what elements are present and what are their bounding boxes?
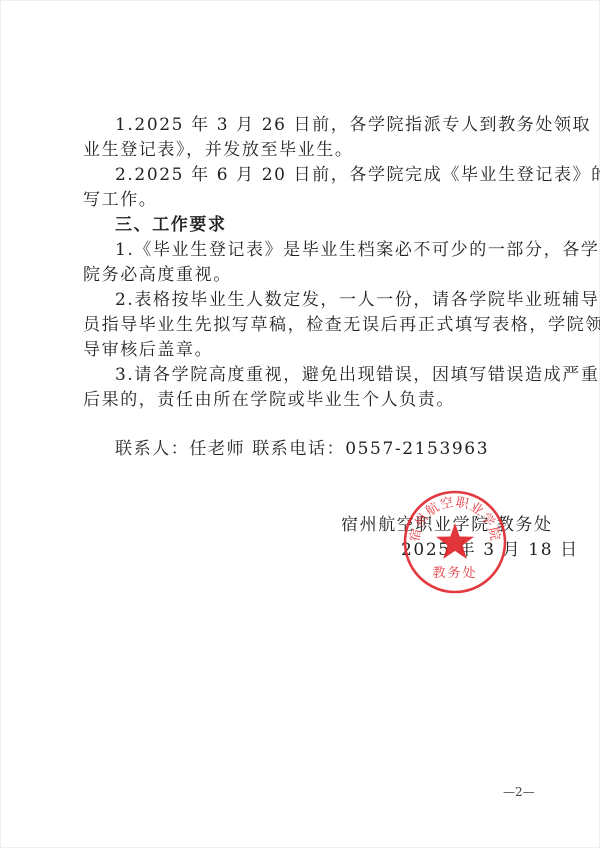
document-page: 1.2025 年 3 月 26 日前，各学院指派专人到教务处领取《毕 业生登记表… bbox=[0, 0, 600, 848]
paragraph-line: 业生登记表》，并发放至毕业生。 bbox=[83, 138, 354, 162]
paragraph-line: 后果的，责任由所在学院或毕业生个人负责。 bbox=[83, 388, 455, 412]
contact-info: 联系人：任老师 联系电话：0557-2153963 bbox=[115, 437, 489, 461]
paragraph-line: 员指导毕业生先拟写草稿，检查无误后再正式填写表格，学院领 bbox=[83, 313, 600, 337]
paragraph-line: 写工作。 bbox=[83, 188, 157, 212]
page-number: —2— bbox=[503, 785, 535, 799]
official-seal-icon: 宿州航空职业学院 教务处 bbox=[402, 489, 508, 595]
section-heading: 三、工作要求 bbox=[115, 213, 227, 237]
paragraph-line: 2.表格按毕业生人数定发，一人一份，请各学院毕业班辅导 bbox=[115, 288, 599, 312]
svg-text:教务处: 教务处 bbox=[432, 565, 477, 581]
paragraph-line: 导审核后盖章。 bbox=[83, 338, 213, 362]
paragraph-line: 2.2025 年 6 月 20 日前，各学院完成《毕业生登记表》的填 bbox=[115, 163, 600, 187]
paragraph-line: 1.《毕业生登记表》是毕业生档案必不可少的一部分，各学 bbox=[115, 238, 599, 262]
paragraph-line: 1.2025 年 3 月 26 日前，各学院指派专人到教务处领取《毕 bbox=[115, 113, 600, 137]
paragraph-line: 3.请各学院高度重视，避免出现错误，因填写错误造成严重 bbox=[115, 363, 599, 387]
paragraph-line: 院务必高度重视。 bbox=[83, 263, 232, 287]
